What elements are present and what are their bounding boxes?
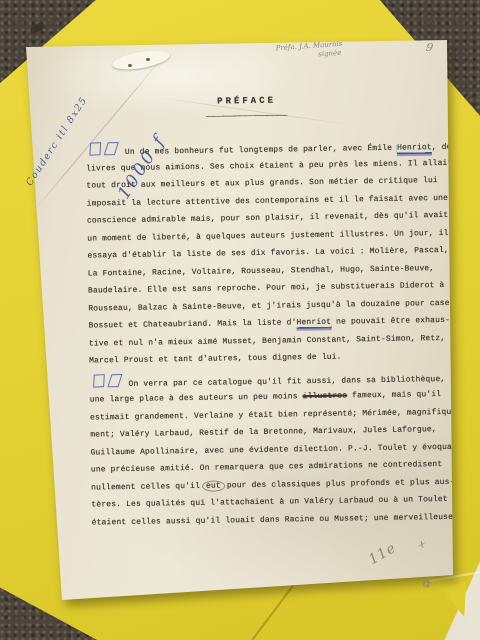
editor-insert-marks [93,374,120,387]
typed-content: PRÉFACE _______________ Un de mes bonheu… [28,37,457,604]
photo-scene: PRÉFACE _______________ Un de mes bonheu… [0,0,480,640]
manuscript-page: PRÉFACE _______________ Un de mes bonheu… [0,0,480,640]
pencil-note-line2: signée [318,49,343,60]
editor-insert-marks [90,142,117,155]
typed-text: Un de mes bonheurs fut longtemps de parl… [86,137,456,532]
manuscript-page-wrap: PRÉFACE _______________ Un de mes bonheu… [0,0,480,640]
paragraph: On verra par ce catalogue qu'il fit auss… [89,368,455,531]
